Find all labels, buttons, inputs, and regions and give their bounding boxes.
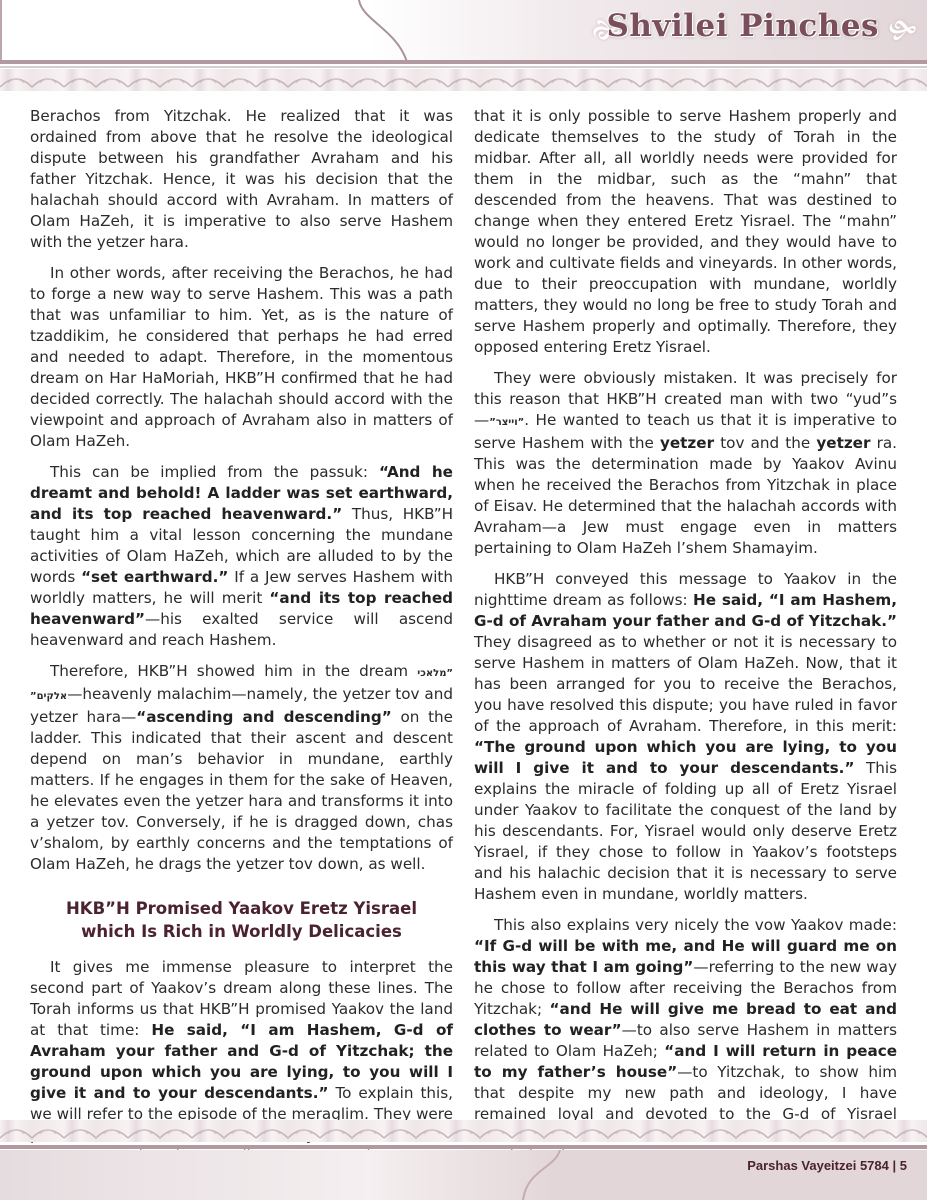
page-footer: Parshas Vayeitzei 5784 | 5 [0, 1150, 927, 1200]
header-divider-curve [342, 0, 422, 62]
footer-divider-curve [505, 1150, 565, 1200]
article-column-right: that it is only possible to serve Hashem… [474, 106, 897, 1177]
hebrew-phrase: ”וייצר” [489, 417, 524, 428]
header-rule-thin [0, 66, 927, 68]
footer-separator: | [893, 1158, 897, 1173]
footer-rule [0, 1145, 927, 1149]
ornamental-border-bottom [0, 1120, 927, 1142]
footer-issue-label: Parshas Vayeitzei 5784 | 5 [747, 1158, 907, 1173]
paragraph: HKB”H conveyed this message to Yaakov in… [474, 569, 897, 905]
quote-bold: “set earthward.” [81, 568, 228, 586]
page-number: 5 [900, 1158, 907, 1173]
section-heading: HKB”H Promised Yaakov Eretz Yisrael whic… [30, 897, 453, 943]
paragraph: In other words, after receiving the Bera… [30, 263, 453, 452]
paragraph: Berachos from Yitzchak. He realized that… [30, 106, 453, 253]
paragraph: This can be implied from the passuk: “An… [30, 462, 453, 651]
ornamental-border-top [0, 69, 927, 91]
publication-title: Shvilei Pinches [607, 8, 880, 44]
header-rule [0, 60, 927, 64]
article-column-left: Berachos from Yitzchak. He realized that… [30, 106, 453, 1198]
ornament-swirl-right-icon: 🙟 [888, 12, 917, 56]
quote-bold: “The ground upon which you are lying, to… [474, 738, 897, 777]
page-header: 🙞 Shvilei Pinches 🙟 [0, 0, 927, 62]
paragraph: They were obviously mistaken. It was pre… [474, 368, 897, 559]
issue-name: Parshas Vayeitzei 5784 [747, 1158, 889, 1173]
quote-bold: “ascending and descending” [136, 708, 392, 726]
paragraph: that it is only possible to serve Hashem… [474, 106, 897, 358]
paragraph: Therefore, HKB”H showed him in the dream… [30, 661, 453, 875]
